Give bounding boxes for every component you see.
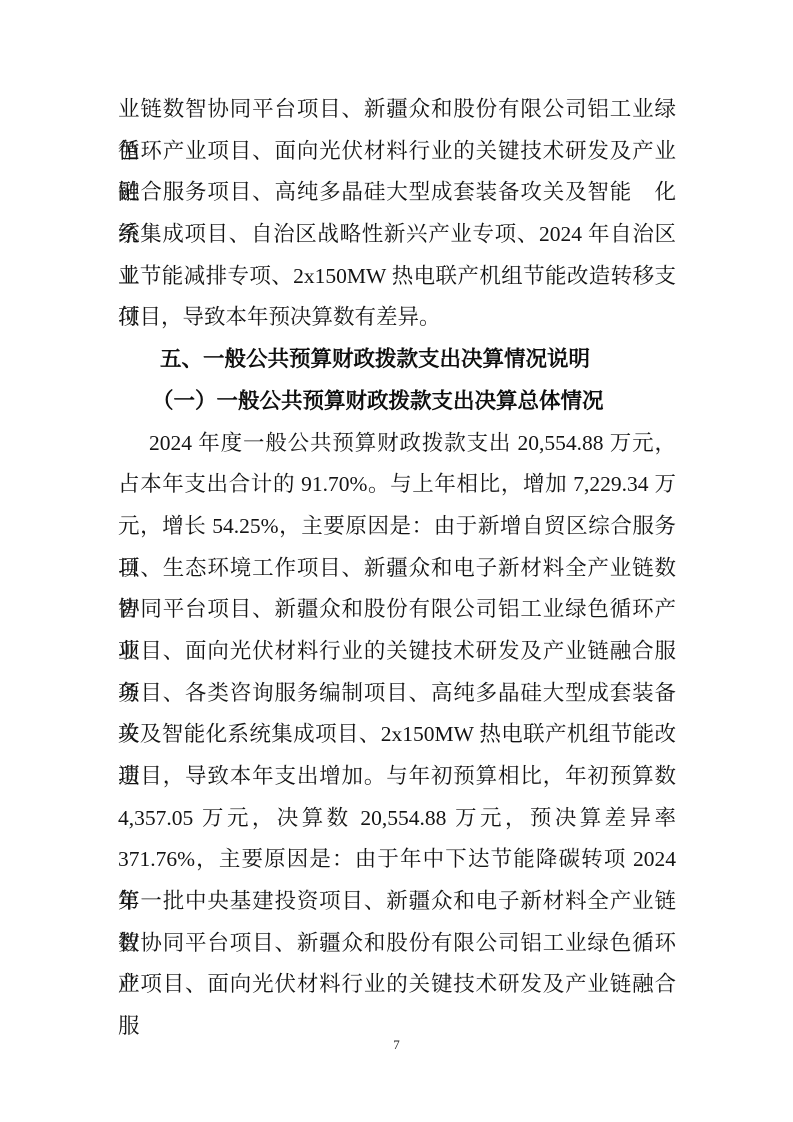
paragraph-line: 第一批中央基建投资项目、新疆众和电子新材料全产业链数 <box>118 881 676 923</box>
paragraph-line: 2024 年度一般公共预算财政拨款支出 20,554.88 万元， <box>118 423 676 465</box>
paragraph-line: 协同平台项目、新疆众和股份有限公司铝工业绿色循环产业 <box>118 589 676 631</box>
paragraph-line: 元，增长 54.25%，主要原因是：由于新增自贸区综合服务项 <box>118 506 676 548</box>
paragraph-line: 占本年支出合计的 91.70%。与上年相比，增加 7,229.34 万 <box>118 464 676 506</box>
paragraph-line: 业节能减排专项、2x150MW 热电联产机组节能改造转移支付 <box>118 256 676 298</box>
paragraph-line: 循环产业项目、面向光伏材料行业的关键技术研发及产业链 <box>118 131 676 173</box>
paragraph-line: 关及智能化系统集成项目、2x150MW 热电联产机组节能改造 <box>118 714 676 756</box>
paragraph-line: 4,357.05 万元，决算数 20,554.88 万元，预决算差异率 <box>118 798 676 840</box>
paragraph-line: 项目、面向光伏材料行业的关键技术研发及产业链融合服务 <box>118 631 676 673</box>
document-page: 业链数智协同平台项目、新疆众和股份有限公司铝工业绿色 循环产业项目、面向光伏材料… <box>0 0 793 1122</box>
page-number: 7 <box>0 1036 793 1054</box>
section-heading: 五、一般公共预算财政拨款支出决算情况说明 <box>118 339 676 381</box>
paragraph-line: 目、生态环境工作项目、新疆众和电子新材料全产业链数智 <box>118 548 676 590</box>
paragraph-line: 项目、各类咨询服务编制项目、高纯多晶硅大型成套装备攻 <box>118 673 676 715</box>
subsection-heading: （一）一般公共预算财政拨款支出决算总体情况 <box>118 381 676 423</box>
paragraph-line: 融合服务项目、高纯多晶硅大型成套装备攻关及智能 化系 <box>118 172 676 214</box>
paragraph-line: 项目，导致本年支出增加。与年初预算相比，年初预算数 <box>118 756 676 798</box>
paragraph-line: 业项目、面向光伏材料行业的关键技术研发及产业链融合服 <box>118 964 676 1006</box>
paragraph-line: 371.76%，主要原因是：由于年中下达节能降碳转项 2024 年 <box>118 839 676 881</box>
text-block: 业链数智协同平台项目、新疆众和股份有限公司铝工业绿色 循环产业项目、面向光伏材料… <box>118 89 676 1006</box>
paragraph-line: 智协同平台项目、新疆众和股份有限公司铝工业绿色循环产 <box>118 923 676 965</box>
paragraph-line: 业链数智协同平台项目、新疆众和股份有限公司铝工业绿色 <box>118 89 676 131</box>
paragraph-line: 统集成项目、自治区战略性新兴产业专项、2024 年自治区工 <box>118 214 676 256</box>
paragraph-line: 项目，导致本年预决算数有差异。 <box>118 297 676 339</box>
